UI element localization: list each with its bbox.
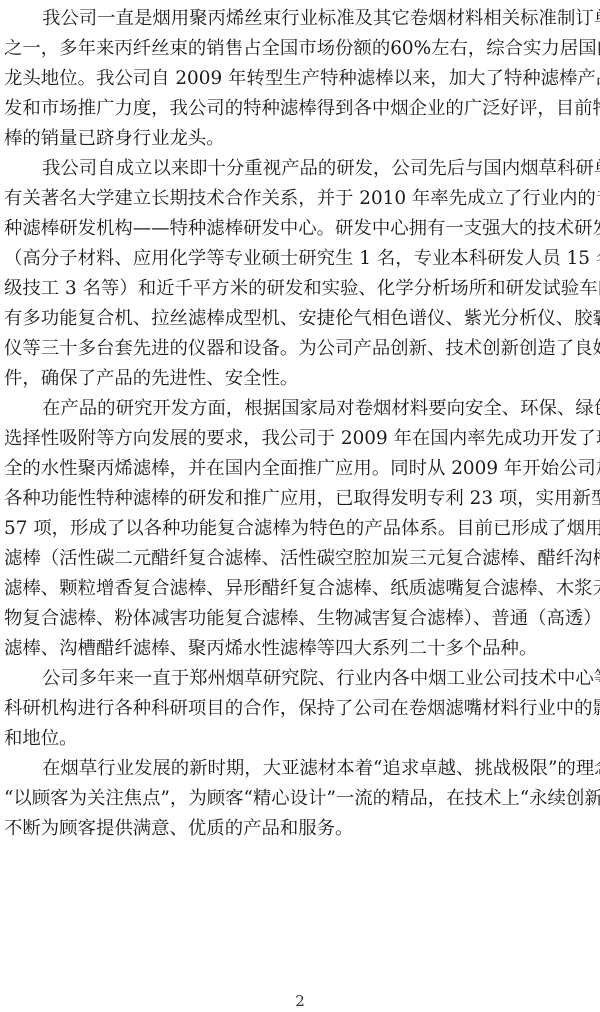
text-line: 公司多年来一直于郑州烟草研究院、行业内各中烟工业公司技术中心等烟草 [4, 664, 593, 694]
text-line: 不断为顾客提供满意、优质的产品和服务。 [4, 814, 593, 844]
text-line: 我公司自成立以来即十分重视产品的研发，公司先后与国内烟草科研单位、 [4, 154, 593, 184]
text-line: 滤棒、沟槽醋纤滤棒、聚丙烯水性滤棒等四大系列二十多个品种。 [4, 634, 593, 664]
text-line: “以顾客为关注焦点”，为顾客“精心设计”一流的精品，在技术上“永续创新”， [4, 784, 593, 814]
text-line: 物复合滤棒、粉体减害功能复合滤棒、生物减害复合滤棒）、普通（高透）醋纤 [4, 604, 593, 634]
text-line: 发和市场推广力度，我公司的特种滤棒得到各中烟企业的广泛好评，目前特种滤 [4, 94, 593, 124]
page-number: 2 [0, 992, 600, 1010]
paragraph-product-development: 在产品的研究开发方面，根据国家局对卷烟材料要向安全、环保、绿色高效、 选择性吸附… [4, 394, 593, 664]
text-line: 级技工 3 名等）和近千平方米的研发和实验、化学分析场所和研发试验车间，拥 [4, 274, 593, 304]
text-line: 选择性吸附等方向发展的要求，我公司于 2009 年在国内率先成功开发了环保安 [4, 424, 593, 454]
text-line: 龙头地位。我公司自 2009 年转型生产特种滤棒以来，加大了特种滤棒产品的研 [4, 64, 593, 94]
paragraph-rd-center: 我公司自成立以来即十分重视产品的研发，公司先后与国内烟草科研单位、 有关著名大学… [4, 154, 593, 394]
document-page: 我公司一直是烟用聚丙烯丝束行业标准及其它卷烟材料相关标准制订单位 之一，多年来丙… [4, 4, 593, 844]
text-line: 全的水性聚丙烯滤棒，并在国内全面推广应用。同时从 2009 年开始公司加强对 [4, 454, 593, 484]
paragraph-philosophy: 在烟草行业发展的新时期，大亚滤材本着“追求卓越、挑战极限”的理念， “以顾客为关… [4, 754, 593, 844]
text-line: 57 项，形成了以各种功能复合滤棒为特色的产品体系。目前已形成了烟用复合 [4, 514, 593, 544]
text-line: 在烟草行业发展的新时期，大亚滤材本着“追求卓越、挑战极限”的理念， [4, 754, 593, 784]
text-line: 有多功能复合机、拉丝滤棒成型机、安捷伦气相色谱仪、紫光分析仪、胶囊检测 [4, 304, 593, 334]
text-line: 棒的销量已跻身行业龙头。 [4, 124, 593, 154]
paragraph-industry-position: 我公司一直是烟用聚丙烯丝束行业标准及其它卷烟材料相关标准制订单位 之一，多年来丙… [4, 4, 593, 154]
text-line: 仪等三十多台套先进的仪器和设备。为公司产品创新、技术创新创造了良好的条 [4, 334, 593, 364]
text-line: 之一，多年来丙纤丝束的销售占全国市场份额的60%左右，综合实力居国内同行 [4, 34, 593, 64]
text-line: 我公司一直是烟用聚丙烯丝束行业标准及其它卷烟材料相关标准制订单位 [4, 4, 593, 34]
text-line: 各种功能性特种滤棒的研发和推广应用，已取得发明专利 23 项，实用新型专利 [4, 484, 593, 514]
paragraph-research-cooperation: 公司多年来一直于郑州烟草研究院、行业内各中烟工业公司技术中心等烟草 科研机构进行… [4, 664, 593, 754]
text-line: 件，确保了产品的先进性、安全性。 [4, 364, 593, 394]
text-line: （高分子材料、应用化学等专业硕士研究生 1 名，专业本科研发人员 15 名、高 [4, 244, 593, 274]
text-line: 滤棒（活性碳二元醋纤复合滤棒、活性碳空腔加炭三元复合滤棒、醋纤沟槽复合 [4, 544, 593, 574]
text-line: 种滤棒研发机构——特种滤棒研发中心。研发中心拥有一支强大的技术研发队伍 [4, 214, 593, 244]
text-line: 有关著名大学建立长期技术合作关系，并于 2010 年率先成立了行业内的专业特 [4, 184, 593, 214]
text-line: 在产品的研究开发方面，根据国家局对卷烟材料要向安全、环保、绿色高效、 [4, 394, 593, 424]
text-line: 和地位。 [4, 724, 593, 754]
text-line: 滤棒、颗粒增香复合滤棒、异形醋纤复合滤棒、纸质滤嘴复合滤棒、木浆无纺织 [4, 574, 593, 604]
text-line: 科研机构进行各种科研项目的合作，保持了公司在卷烟滤嘴材料行业中的影响力 [4, 694, 593, 724]
